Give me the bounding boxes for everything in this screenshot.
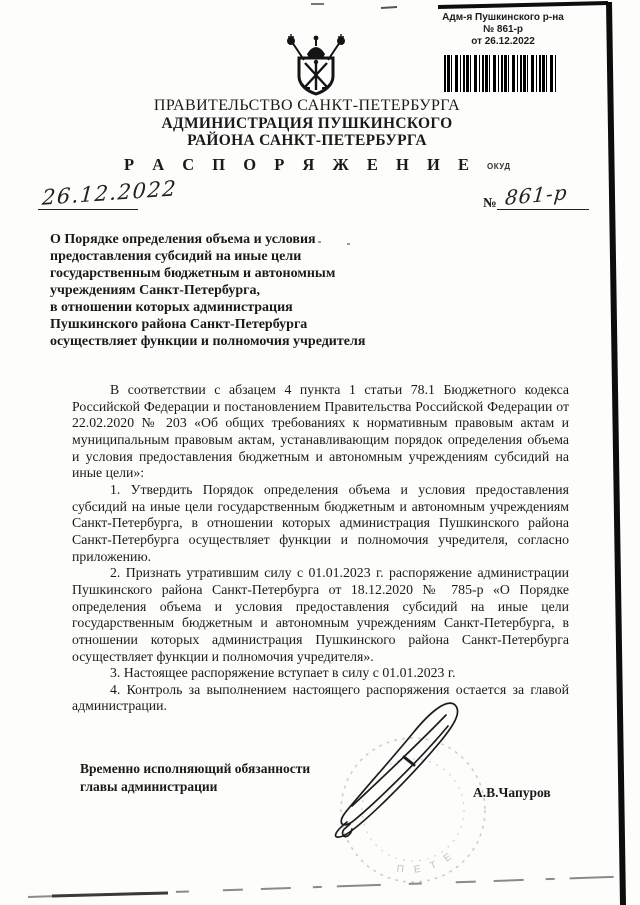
title-line: государственным бюджетным и автономным	[50, 265, 450, 282]
scan-bottom-edge-dark	[52, 893, 168, 896]
title-line: учреждениям Санкт-Петербурга,	[50, 282, 450, 299]
registration-stamp-org: Адм-я Пушкинского р-на	[428, 12, 578, 24]
paragraph-item-2: 2. Признать утратившим силу с 01.01.2023…	[72, 565, 569, 665]
scanned-document-page: Адм-я Пушкинского р-на № 861-р от 26.12.…	[0, 0, 640, 905]
paragraph-intro: В соответствии с абзацем 4 пункта 1 стат…	[72, 382, 569, 482]
okud-label: ОКУД	[487, 162, 511, 171]
handwritten-number: 861-р	[504, 180, 569, 210]
paragraph-item-4: 4. Контроль за выполнением настоящего ра…	[72, 682, 569, 715]
handwritten-date: 26.12.2022	[41, 176, 178, 210]
scan-speck	[318, 241, 321, 243]
registration-stamp-date: от 26.12.2022	[428, 36, 578, 48]
date-underline	[38, 209, 138, 210]
header-government: ПРАВИТЕЛЬСТВО САНКТ-ПЕТЕРБУРГА	[127, 97, 487, 115]
signatory-position-line2: главы администрации	[80, 778, 350, 796]
barcode-icon	[444, 55, 556, 92]
scan-speck	[347, 243, 350, 245]
signatory-position-line1: Временно исполняющий обязанности	[80, 760, 350, 778]
handwritten-signature	[336, 703, 458, 837]
scan-bottom-edge	[28, 876, 638, 897]
title-line: осуществляет функции и полномочия учреди…	[50, 333, 450, 350]
registration-stamp-number: № 861-р	[428, 24, 578, 36]
document-type-heading: Р А С П О Р Я Ж Е Н И Е	[110, 155, 490, 175]
document-body: В соответствии с абзацем 4 пункта 1 стат…	[72, 382, 569, 715]
registration-stamp: Адм-я Пушкинского р-на № 861-р от 26.12.…	[428, 12, 578, 48]
number-underline	[497, 209, 589, 210]
paragraph-item-3: 3. Настоящее распоряжение вступает в сил…	[72, 665, 569, 682]
signatory-name: А.В.Чапуров	[473, 785, 551, 801]
header-organization-line1: АДМИНИСТРАЦИЯ ПУШКИНСКОГО	[127, 115, 487, 133]
title-line: Пушкинского района Санкт-Петербурга	[50, 316, 450, 333]
coat-of-arms-icon	[282, 34, 350, 105]
title-line: предоставления субсидий на иные цели	[50, 248, 450, 265]
title-line: О Порядке определения объема и условия	[50, 231, 450, 248]
signatory-position: Временно исполняющий обязанности главы а…	[80, 760, 350, 796]
paragraph-item-1: 1. Утвердить Порядок определения объема …	[72, 482, 569, 565]
scan-top-border	[438, 3, 608, 7]
number-sign: №	[483, 195, 497, 211]
document-title: О Порядке определения объема и условия п…	[50, 231, 450, 350]
scan-right-border	[609, 2, 623, 905]
header-organization-line2: РАЙОНА САНКТ-ПЕТЕРБУРГА	[127, 132, 487, 150]
scan-top-dash	[381, 7, 397, 8]
title-line: в отношении которых администрация	[50, 299, 450, 316]
